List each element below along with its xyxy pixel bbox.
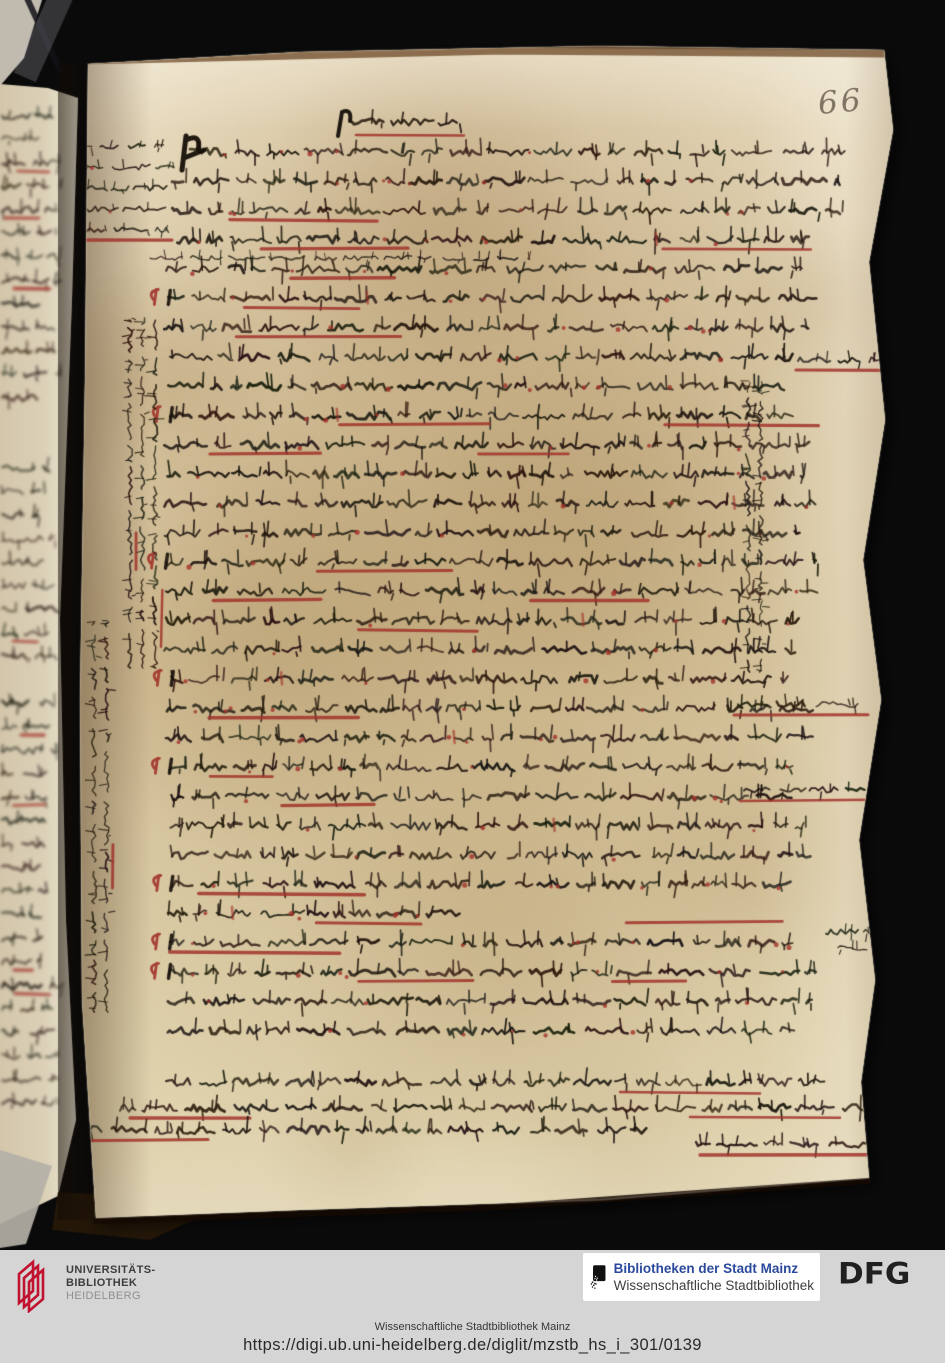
heidelberg-line1: UNIVERSITÄTS- <box>66 1264 156 1277</box>
mainz-library-logo: Bibliotheken der Stadt Mainz Wissenschaf… <box>583 1253 820 1301</box>
mainz-book-icon <box>589 1255 607 1299</box>
footer-bar: UNIVERSITÄTS- BIBLIOTHEK HEIDELBERG <box>0 1250 945 1363</box>
scan-url: https://digi.ub.uni-heidelberg.de/diglit… <box>0 1336 945 1355</box>
scan-viewport: 66 UNIVERSITÄTS- BIBLIOTHEK HEIDELBERG <box>0 0 945 1363</box>
heidelberg-library-logo: UNIVERSITÄTS- BIBLIOTHEK HEIDELBERG <box>12 1257 156 1313</box>
mainz-line2: Wissenschaftliche Stadtbibliothek <box>614 1277 814 1294</box>
mainz-logo-text: Bibliotheken der Stadt Mainz Wissenschaf… <box>614 1260 814 1294</box>
heidelberg-line3: HEIDELBERG <box>66 1290 156 1303</box>
heidelberg-book-icon <box>12 1257 56 1313</box>
mainz-line1: Bibliotheken der Stadt Mainz <box>614 1260 814 1277</box>
heidelberg-logo-text: UNIVERSITÄTS- BIBLIOTHEK HEIDELBERG <box>66 1264 156 1303</box>
dfg-logo: DFG <box>838 1257 910 1292</box>
heidelberg-line2: BIBLIOTHEK <box>66 1277 156 1290</box>
scan-caption: Wissenschaftliche Stadtbibliothek Mainz <box>0 1321 945 1333</box>
folio-number: 66 <box>817 82 865 122</box>
manuscript-page-photo <box>0 0 945 1250</box>
